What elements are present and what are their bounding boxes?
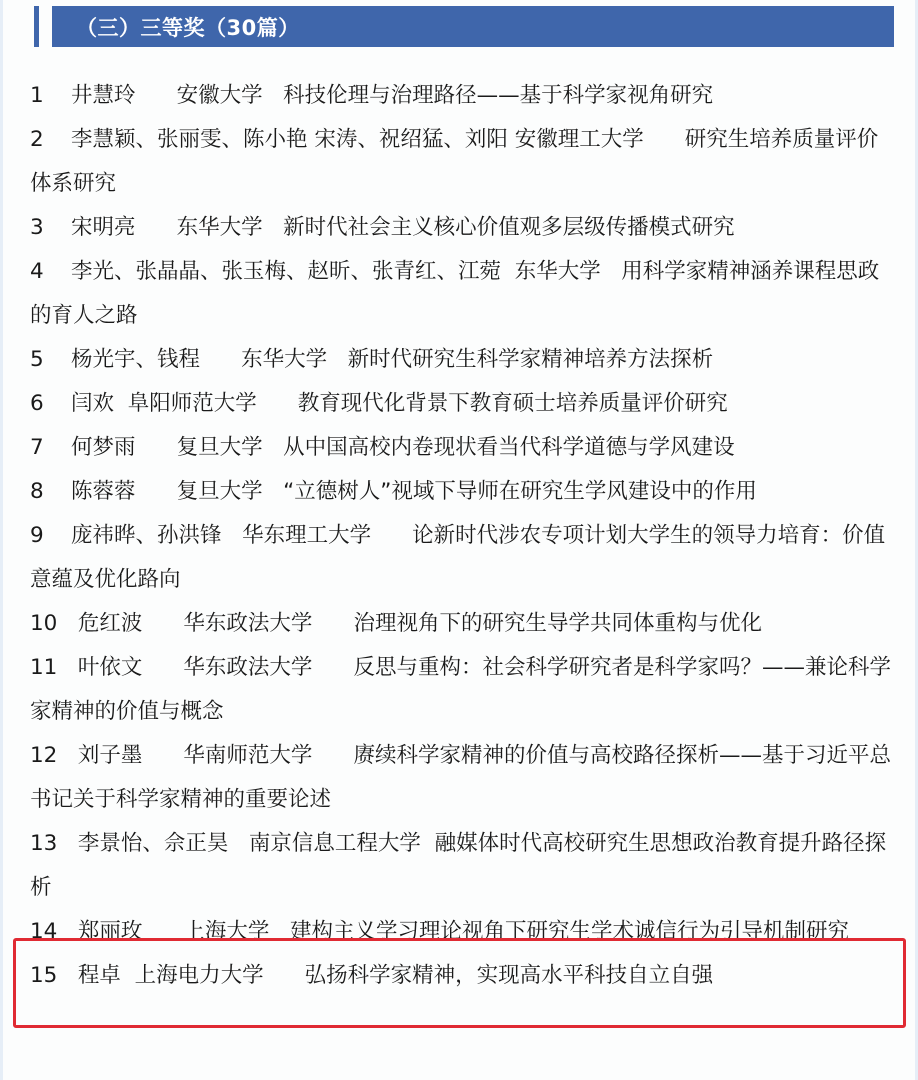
entry-school: 南京信息工程大学 xyxy=(249,831,421,856)
entry-title: 科技伦理与治理路径——基于科学家视角研究 xyxy=(283,83,713,108)
entry-authors: 叶依文 xyxy=(78,655,143,680)
entry-school: 东华大学 xyxy=(515,259,601,284)
page-edge-left xyxy=(0,0,3,1080)
highlight-box xyxy=(13,938,906,1028)
entry-authors: 庞祎晔、孙洪锋 xyxy=(71,523,222,548)
entry-school: 东华大学 xyxy=(177,215,263,240)
entry-school: 安徽理工大学 xyxy=(515,127,644,152)
section-title: （三）三等奖（30篇） xyxy=(52,12,300,42)
entry-number: 11 xyxy=(30,646,57,690)
list-item: 7 何梦雨 复旦大学 从中国高校内卷现状看当代科学道德与学风建设 xyxy=(30,426,892,470)
entry-number: 6 xyxy=(30,382,44,426)
entry-number: 2 xyxy=(30,118,44,162)
list-item: 11 叶依文 华东政法大学 反思与重构：社会科学研究者是科学家吗？——兼论科学家… xyxy=(30,646,892,734)
list-item: 5 杨光宇、钱程 东华大学 新时代研究生科学家精神培养方法探析 xyxy=(30,338,892,382)
entry-number: 10 xyxy=(30,602,57,646)
entry-number: 8 xyxy=(30,470,44,514)
entry-number: 9 xyxy=(30,514,44,558)
entry-authors: 刘子墨 xyxy=(78,743,143,768)
list-item: 10 危红波 华东政法大学 治理视角下的研究生导学共同体重构与优化 xyxy=(30,602,892,646)
entry-authors: 李慧颖、张丽雯、陈小艳 宋涛、祝绍猛、刘阳 xyxy=(71,127,508,152)
entry-school: 华东政法大学 xyxy=(183,655,312,680)
entry-school: 阜阳师范大学 xyxy=(128,391,257,416)
entry-authors: 杨光宇、钱程 xyxy=(71,347,200,372)
section-header: （三）三等奖（30篇） xyxy=(34,6,894,47)
list-item: 9 庞祎晔、孙洪锋 华东理工大学 论新时代涉农专项计划大学生的领导力培育：价值意… xyxy=(30,514,892,602)
entry-authors: 危红波 xyxy=(78,611,143,636)
entry-school: 华南师范大学 xyxy=(183,743,312,768)
list-item: 13 李景怡、佘正昊 南京信息工程大学 融媒体时代高校研究生思想政治教育提升路径… xyxy=(30,822,892,910)
entry-number: 3 xyxy=(30,206,44,250)
entry-number: 4 xyxy=(30,250,44,294)
entry-number: 12 xyxy=(30,734,57,778)
entry-number: 7 xyxy=(30,426,44,470)
entry-school: 华东政法大学 xyxy=(183,611,312,636)
award-list: 1 井慧玲 安徽大学 科技伦理与治理路径——基于科学家视角研究 2 李慧颖、张丽… xyxy=(30,74,892,998)
list-item: 4 李光、张晶晶、张玉梅、赵昕、张青红、江菀 东华大学 用科学家精神涵养课程思政… xyxy=(30,250,892,338)
list-item: 1 井慧玲 安徽大学 科技伦理与治理路径——基于科学家视角研究 xyxy=(30,74,892,118)
entry-authors: 陈蓉蓉 xyxy=(71,479,136,504)
entry-number: 5 xyxy=(30,338,44,382)
list-item: 2 李慧颖、张丽雯、陈小艳 宋涛、祝绍猛、刘阳 安徽理工大学 研究生培养质量评价… xyxy=(30,118,892,206)
entry-title: 治理视角下的研究生导学共同体重构与优化 xyxy=(353,611,762,636)
entry-authors: 宋明亮 xyxy=(71,215,136,240)
entry-title: 从中国高校内卷现状看当代科学道德与学风建设 xyxy=(283,435,735,460)
entry-title: 新时代研究生科学家精神培养方法探析 xyxy=(348,347,714,372)
entry-number: 1 xyxy=(30,74,44,118)
entry-school: 复旦大学 xyxy=(177,479,263,504)
list-item: 6 闫欢 阜阳师范大学 教育现代化背景下教育硕士培养质量评价研究 xyxy=(30,382,892,426)
entry-title: “立德树人”视域下导师在研究生学风建设中的作用 xyxy=(283,479,757,504)
entry-title: 新时代社会主义核心价值观多层级传播模式研究 xyxy=(283,215,735,240)
entry-school: 复旦大学 xyxy=(177,435,263,460)
entry-title: 教育现代化背景下教育硕士培养质量评价研究 xyxy=(298,391,728,416)
entry-school: 华东理工大学 xyxy=(242,523,371,548)
header-accent-stripe xyxy=(34,6,39,47)
entry-school: 安徽大学 xyxy=(177,83,263,108)
entry-authors: 李光、张晶晶、张玉梅、赵昕、张青红、江菀 xyxy=(71,259,501,284)
entry-authors: 李景怡、佘正昊 xyxy=(78,831,229,856)
entry-number: 13 xyxy=(30,822,57,866)
entry-authors: 井慧玲 xyxy=(71,83,136,108)
entry-school: 东华大学 xyxy=(241,347,327,372)
entry-authors: 何梦雨 xyxy=(71,435,136,460)
list-item: 3 宋明亮 东华大学 新时代社会主义核心价值观多层级传播模式研究 xyxy=(30,206,892,250)
header-bar: （三）三等奖（30篇） xyxy=(52,6,894,47)
list-item: 12 刘子墨 华南师范大学 赓续科学家精神的价值与高校路径探析——基于习近平总书… xyxy=(30,734,892,822)
entry-authors: 闫欢 xyxy=(71,391,114,416)
list-item: 8 陈蓉蓉 复旦大学 “立德树人”视域下导师在研究生学风建设中的作用 xyxy=(30,470,892,514)
